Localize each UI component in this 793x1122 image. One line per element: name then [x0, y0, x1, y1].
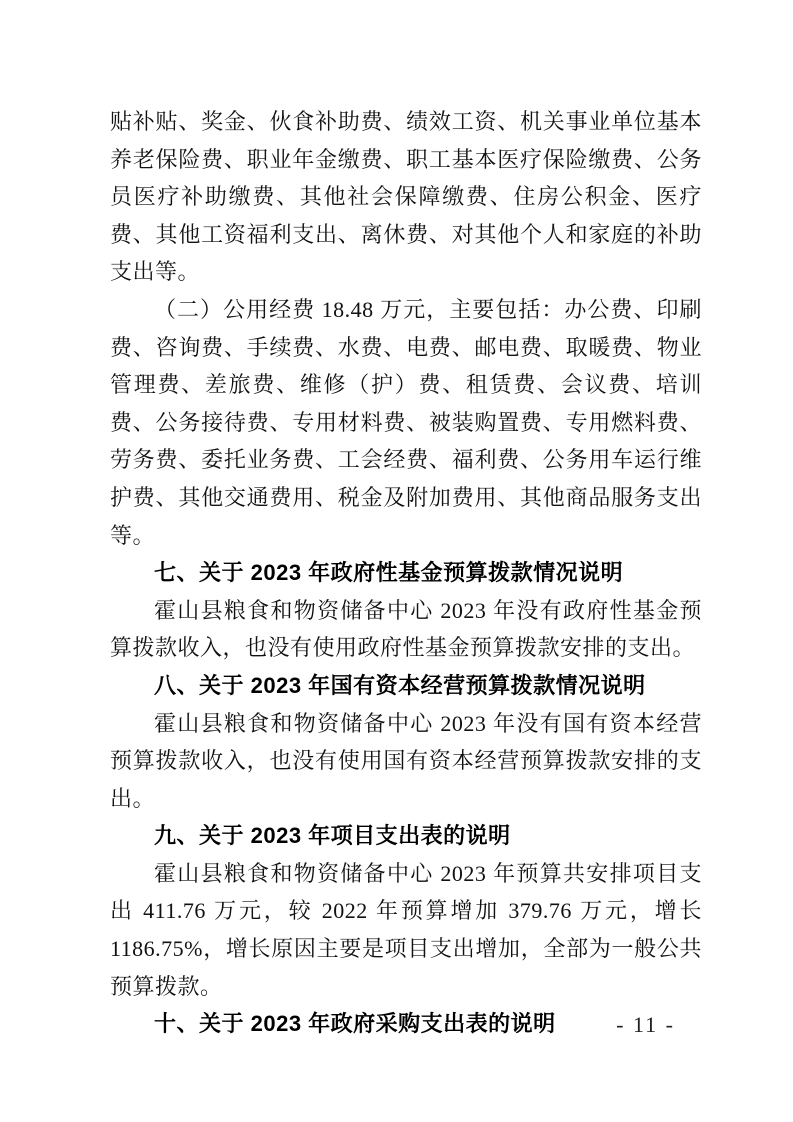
paragraph-state-capital-budget: 霍山县粮食和物资储备中心 2023 年没有国有资本经营预算拨款收入，也没有使用国… [110, 705, 702, 818]
section-heading-9: 九、关于 2023 年项目支出表的说明 [110, 817, 702, 855]
paragraph-project-expenditure: 霍山县粮食和物资储备中心 2023 年预算共安排项目支出 411.76 万元，较… [110, 855, 702, 1005]
page-number: - 11 - [0, 1012, 675, 1038]
paragraph-welfare-expense-continuation: 贴补贴、奖金、伙食补助费、绩效工资、机关事业单位基本养老保险费、职业年金缴费、职… [110, 103, 702, 291]
section-heading-7: 七、关于 2023 年政府性基金预算拨款情况说明 [110, 554, 702, 592]
document-page: 贴补贴、奖金、伙食补助费、绩效工资、机关事业单位基本养老保险费、职业年金缴费、职… [0, 0, 793, 1122]
paragraph-public-funds: （二）公用经费 18.48 万元，主要包括：办公费、印刷费、咨询费、手续费、水费… [110, 291, 702, 554]
document-body: 贴补贴、奖金、伙食补助费、绩效工资、机关事业单位基本养老保险费、职业年金缴费、职… [110, 103, 702, 1043]
paragraph-government-fund-budget: 霍山县粮食和物资储备中心 2023 年没有政府性基金预算拨款收入，也没有使用政府… [110, 592, 702, 667]
section-heading-8: 八、关于 2023 年国有资本经营预算拨款情况说明 [110, 667, 702, 705]
